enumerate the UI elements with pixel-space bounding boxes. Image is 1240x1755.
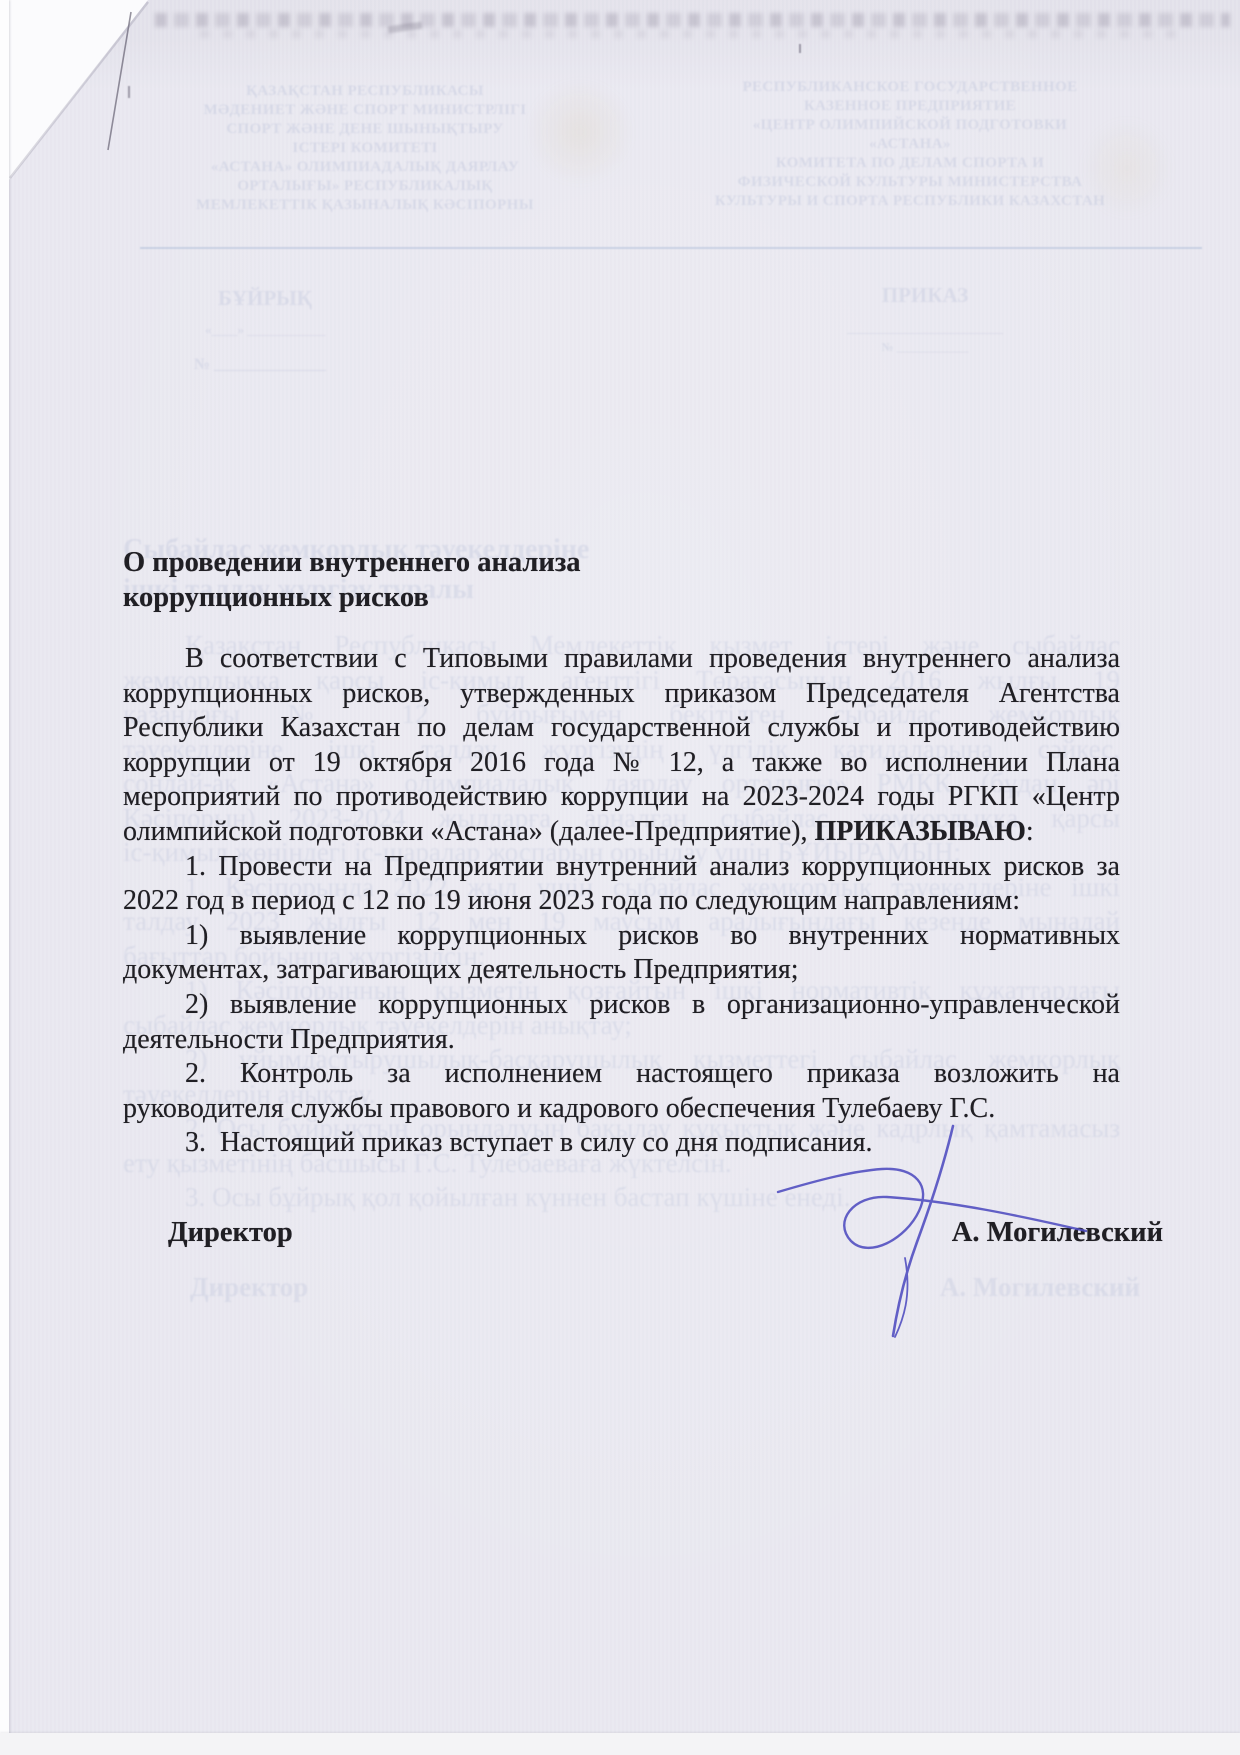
body-line: В соответствии с Типовыми правилами пров… xyxy=(123,642,1120,677)
body-segment: В соответствии с Типовыми правилами пров… xyxy=(185,643,1120,674)
body-segment: коррупции от 19 октября 2016 года № 12, … xyxy=(123,747,1120,778)
body-segment: руководителя службы правового и кадровог… xyxy=(123,1093,995,1124)
scan-speck xyxy=(128,86,130,98)
body-line: коррупции от 19 октября 2016 года № 12, … xyxy=(123,746,1120,781)
body-segment: 2) выявление коррупционных рисков в орга… xyxy=(185,989,1120,1020)
body-line: 3. Настоящий приказ вступает в силу со д… xyxy=(123,1126,1120,1161)
scanned-document-page: ҚАЗАҚСТАН РЕСПУБЛИКАСЫМӘДЕНИЕТ ЖӘНЕ СПОР… xyxy=(0,0,1240,1755)
ghost-signature-row: Директор А. Могилевский xyxy=(190,1272,1140,1303)
position-title: Директор xyxy=(168,1217,293,1249)
title-line: коррупционных рисков xyxy=(123,580,581,615)
body-segment: олимпийской подготовки «Астана» (далее-П… xyxy=(123,816,814,847)
body-line: 2. Контроль за исполнением настоящего пр… xyxy=(123,1057,1120,1092)
body-line: руководителя службы правового и кадровог… xyxy=(123,1092,1120,1127)
order-body-text: В соответствии с Типовыми правилами пров… xyxy=(123,642,1120,1161)
scan-speck xyxy=(799,44,801,53)
body-segment: документах, затрагивающих деятельность П… xyxy=(123,954,799,985)
body-line: 1) выявление коррупционных рисков во вну… xyxy=(123,919,1120,954)
ghost-position-title: Директор xyxy=(190,1272,308,1303)
body-segment: 1) выявление коррупционных рисков во вну… xyxy=(185,920,1120,951)
body-line: олимпийской подготовки «Астана» (далее-П… xyxy=(123,815,1120,850)
title-line: О проведении внутреннего анализа xyxy=(123,545,581,580)
body-segment: 2022 год в период с 12 по 19 июня 2023 г… xyxy=(123,885,1020,916)
body-segment: Республики Казахстан по делам государств… xyxy=(123,712,1120,743)
body-segment: 2. Контроль за исполнением настоящего пр… xyxy=(185,1058,1120,1089)
body-line: Республики Казахстан по делам государств… xyxy=(123,711,1120,746)
signer-name: А. Могилевский xyxy=(952,1217,1163,1249)
body-segment: : xyxy=(1026,816,1034,847)
ghost-signer-name: А. Могилевский xyxy=(940,1272,1140,1303)
body-line: деятельности Предприятия. xyxy=(123,1023,1120,1058)
body-line: мероприятий по противодействию коррупции… xyxy=(123,780,1120,815)
ghost-body-line: 3. Осы бұйрық қол қойылған күннен бастап… xyxy=(123,1180,1120,1214)
body-bold-segment: ПРИКАЗЫВАЮ xyxy=(814,816,1025,847)
body-segment: 1. Провести на Предприятии внутренний ан… xyxy=(185,851,1120,882)
body-line: 2022 год в период с 12 по 19 июня 2023 г… xyxy=(123,884,1120,919)
order-subject-title: О проведении внутреннего анализакоррупци… xyxy=(123,545,581,615)
scanner-edge-left xyxy=(0,0,9,1755)
body-line: 1. Провести на Предприятии внутренний ан… xyxy=(123,850,1120,885)
signature-row: Директор А. Могилевский xyxy=(168,1217,1163,1249)
body-segment: 3. Настоящий приказ вступает в силу со д… xyxy=(185,1127,872,1158)
body-segment: деятельности Предприятия. xyxy=(123,1024,455,1055)
scanner-edge-bottom xyxy=(0,1733,1240,1755)
body-segment: мероприятий по противодействию коррупции… xyxy=(123,781,1120,812)
body-line: коррупционных рисков, утвержденных прика… xyxy=(123,677,1120,712)
body-segment: коррупционных рисков, утвержденных прика… xyxy=(123,678,1120,709)
body-line: 2) выявление коррупционных рисков в орга… xyxy=(123,988,1120,1023)
body-line: документах, затрагивающих деятельность П… xyxy=(123,953,1120,988)
